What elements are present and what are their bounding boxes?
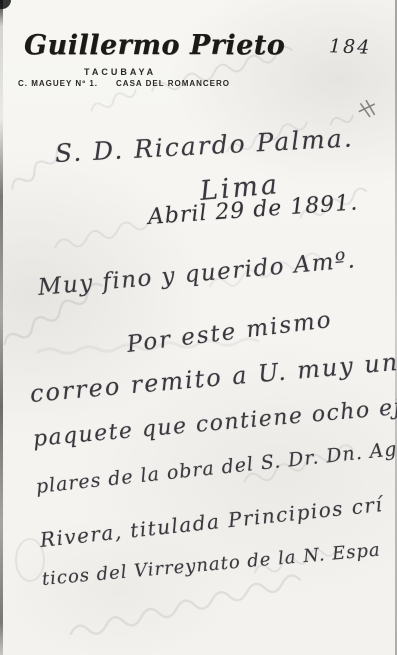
letterhead-address-row: C. MAGUEY Nº 1.CASA DEL ROMANCERO	[18, 79, 230, 88]
page-number: 184	[329, 35, 372, 58]
letterhead-place: TACUBAYA	[84, 67, 156, 77]
scanned-letter-page: Guillermo Prieto TACUBAYA C. MAGUEY Nº 1…	[0, 0, 397, 655]
scan-edge-left	[0, 0, 3, 655]
letterhead-name: Guillermo Prieto	[24, 30, 224, 61]
letterhead-house-name: CASA DEL ROMANCERO	[116, 79, 230, 88]
letterhead-address: C. MAGUEY Nº 1.	[18, 79, 98, 88]
ink-smudge-mark	[357, 99, 376, 118]
